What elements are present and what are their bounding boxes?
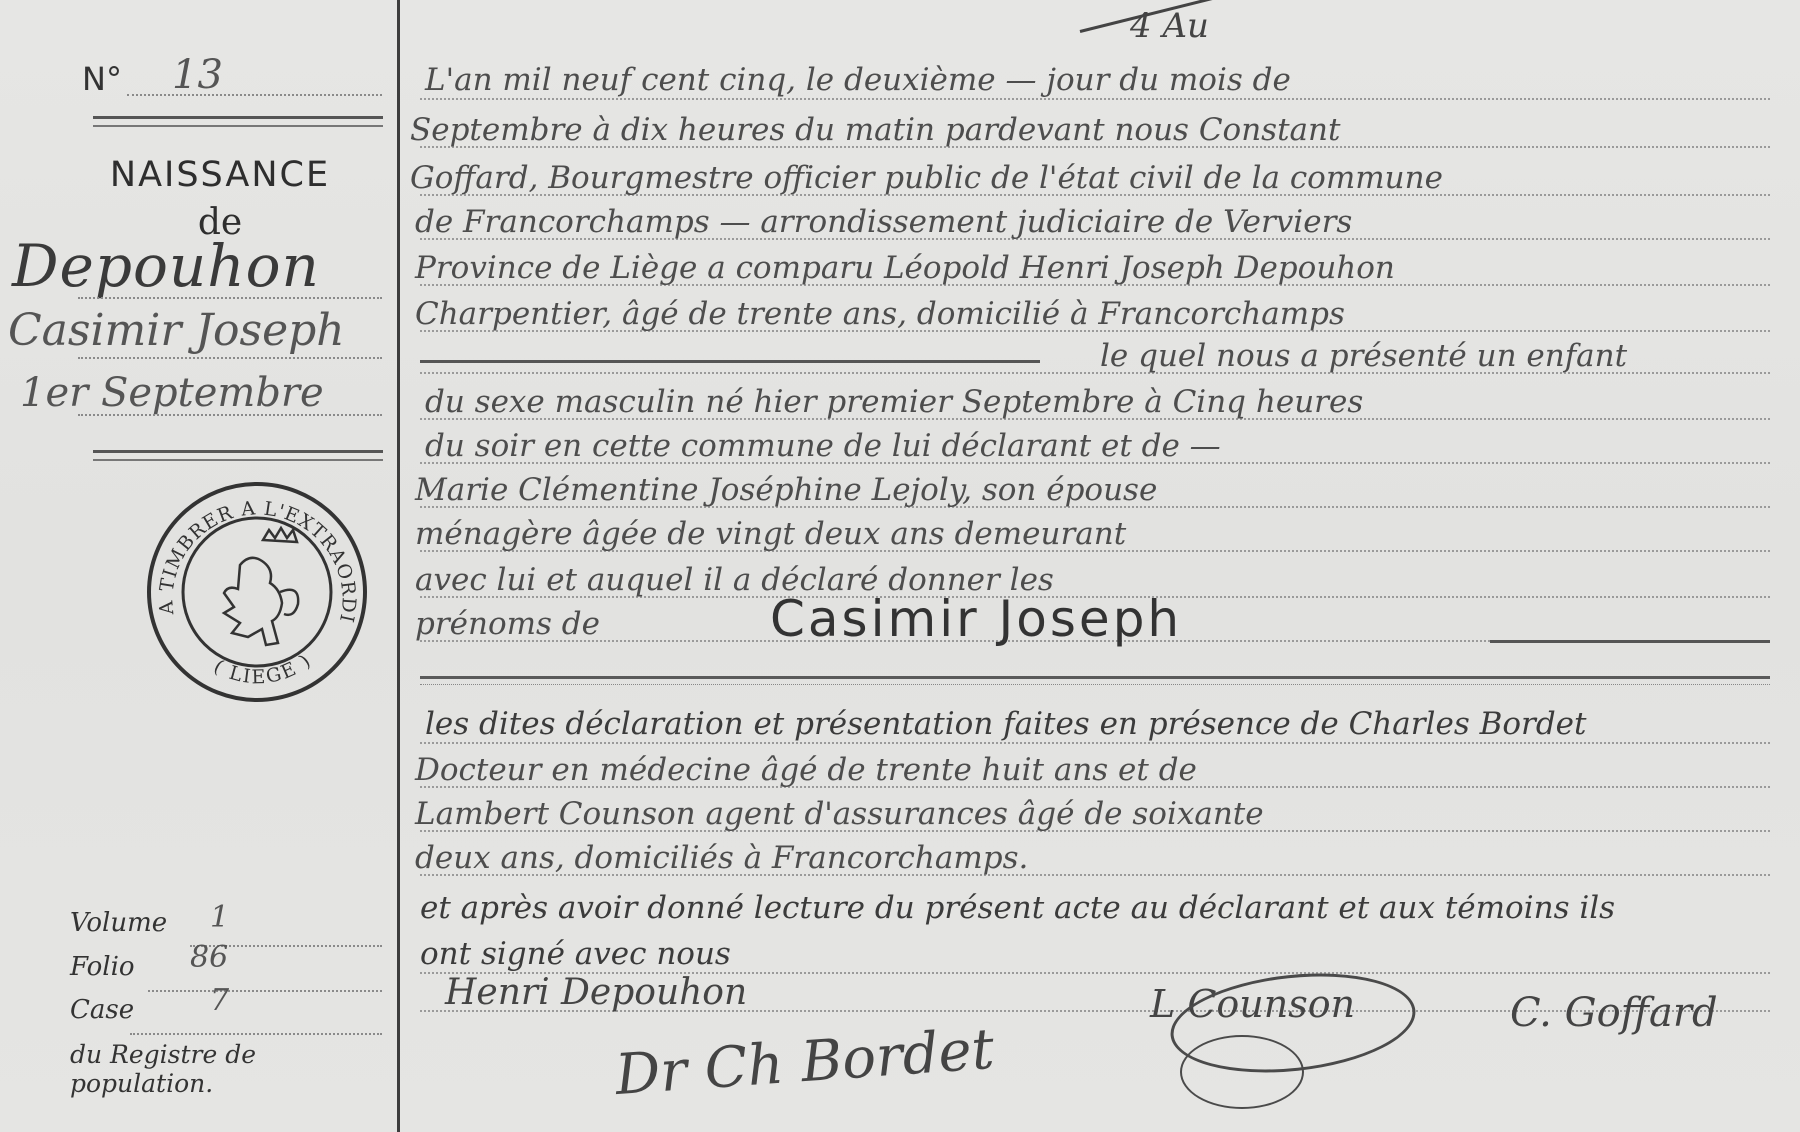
folio-label: Folio <box>70 952 135 982</box>
double-rule <box>93 116 383 127</box>
given-names: Casimir Joseph <box>8 305 345 356</box>
act-number-row: N° 13 <box>82 58 382 98</box>
number-label: N° <box>82 60 122 98</box>
signature-witness-bordet: Dr Ch Bordet <box>613 1017 996 1108</box>
witness-line-4: deux ans, domiciliés à Francorchamps. <box>415 840 1028 876</box>
blank-dash <box>420 360 1040 363</box>
body-line-11: ménagère âgée de vingt deux ans demeuran… <box>415 516 1126 552</box>
ruled-line <box>420 98 1770 100</box>
register-volume-row: Volume 1 <box>70 908 167 938</box>
body-line-6: Charpentier, âgé de trente ans, domicili… <box>415 296 1345 332</box>
dotted-line <box>127 94 382 96</box>
tax-stamp: A TIMBRER A L'EXTRAORDINAIRE ( LIEGE ) <box>145 480 370 705</box>
margin-column: N° 13 NAISSANCE de Depouhon Casimir Jose… <box>0 0 397 1132</box>
body-line-10: Marie Clémentine Joséphine Lejoly, son é… <box>415 472 1157 508</box>
body-line-4: de Francorchamps — arrondissement judici… <box>415 204 1352 240</box>
witness-line-1: les dites déclaration et présentation fa… <box>425 706 1587 742</box>
child-given-names: Casimir Joseph <box>770 590 1182 648</box>
certificate-body: 4 Au L'an mil neuf cent cinq, le deuxièm… <box>400 0 1800 1132</box>
body-line-2: Septembre à dix heures du matin pardevan… <box>410 112 1340 148</box>
signature-flourish <box>1180 1035 1304 1109</box>
dotted-line <box>148 990 382 992</box>
witness-line-2: Docteur en médecine âgé de trente huit a… <box>415 752 1197 788</box>
body-line-5: Province de Liège a comparu Léopold Henr… <box>415 250 1395 286</box>
body-line-8: du sexe masculin né hier premier Septemb… <box>425 384 1363 420</box>
case-label: Case <box>70 995 134 1025</box>
signature-declarant: Henri Depouhon <box>445 972 747 1013</box>
stamp-seal-icon: A TIMBRER A L'EXTRAORDINAIRE ( LIEGE ) <box>145 480 370 705</box>
document-page: N° 13 NAISSANCE de Depouhon Casimir Jose… <box>0 0 1800 1132</box>
witness-line-6: ont signé avec nous <box>420 936 731 972</box>
volume-label: Volume <box>70 908 167 938</box>
act-number: 13 <box>172 52 223 98</box>
margin-annotation: 4 Au <box>1130 6 1209 46</box>
double-rule <box>93 450 383 461</box>
svg-text:A TIMBRER A L'EXTRAORDINAIRE: A TIMBRER A L'EXTRAORDINAIRE <box>145 480 360 625</box>
volume-value: 1 <box>210 900 229 935</box>
surname: Depouhon <box>12 232 320 300</box>
register-folio-row: Folio 86 <box>70 952 135 982</box>
dotted-line <box>78 297 382 299</box>
folio-value: 86 <box>190 940 228 975</box>
dotted-line <box>130 1033 382 1035</box>
dotted-line <box>78 357 382 359</box>
ruled-line <box>420 742 1770 744</box>
body-line-9: du soir en cette commune de lui déclaran… <box>425 428 1221 464</box>
birth-date: 1er Septembre <box>20 370 324 416</box>
body-line-1: L'an mil neuf cent cinq, le deuxième — j… <box>425 62 1291 98</box>
blank-dash <box>1490 640 1770 643</box>
witness-line-5: et après avoir donné lecture du présent … <box>420 890 1615 926</box>
register-case-row: Case 7 <box>70 995 134 1025</box>
witness-line-3: Lambert Counson agent d'assurances âgé d… <box>415 796 1264 832</box>
body-line-3: Goffard, Bourgmestre officier public de … <box>410 160 1443 196</box>
svg-text:( LIEGE ): ( LIEGE ) <box>210 649 316 688</box>
body-line-7: le quel nous a présenté un enfant <box>1100 338 1627 374</box>
body-line-13: prénoms de <box>415 606 600 642</box>
signature-officer: C. Goffard <box>1510 990 1718 1036</box>
record-title: NAISSANCE <box>60 155 380 195</box>
register-footer: du Registre de population. <box>70 1040 397 1098</box>
dotted-line <box>78 414 382 416</box>
case-value: 7 <box>210 983 229 1018</box>
section-rule <box>420 676 1770 685</box>
